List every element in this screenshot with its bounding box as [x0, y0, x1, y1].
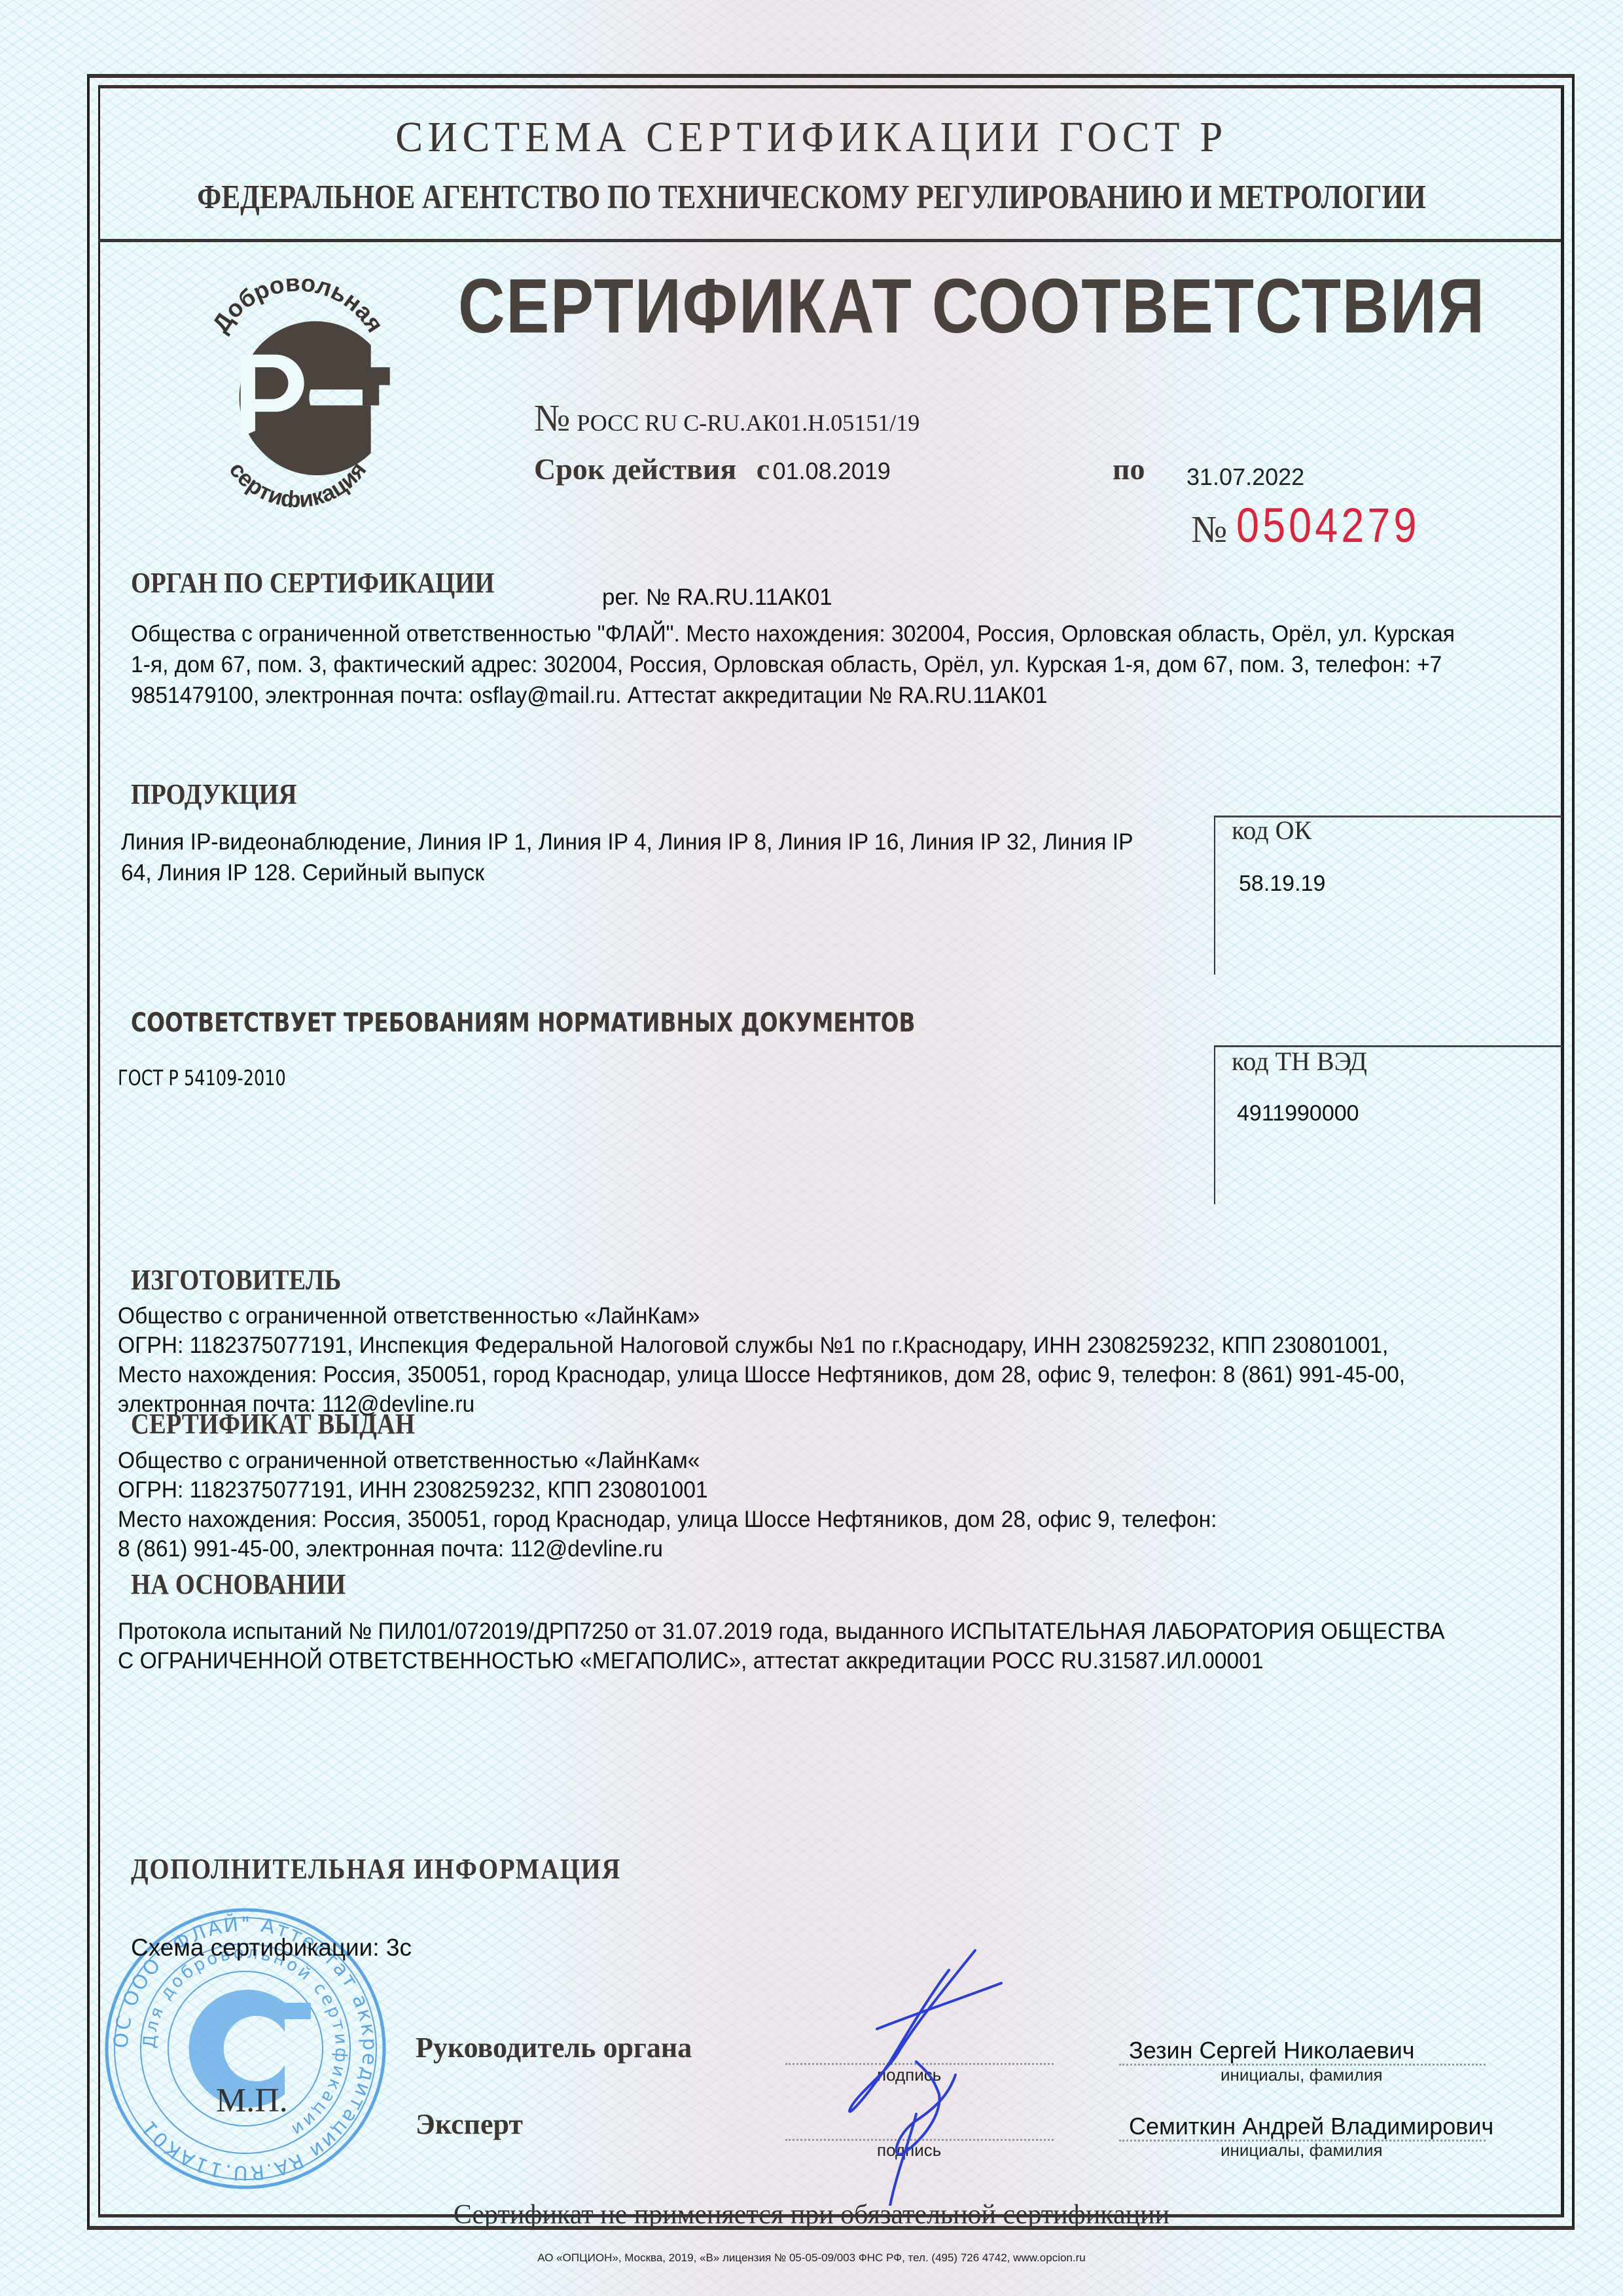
- issued-to-line: ОГРН: 1182375077191, ИНН 2308259232, КПП…: [118, 1475, 708, 1505]
- certification-scheme: Схема сертификации: 3с: [131, 1934, 412, 1962]
- system-title: СИСТЕМА СЕРТИФИКАЦИИ ГОСТ Р: [41, 113, 1582, 162]
- blank-number: 0504279: [1236, 497, 1420, 553]
- validity-row: Срок действия с 01.08.2019: [534, 452, 891, 486]
- seal-label: М.П.: [216, 2081, 288, 2120]
- basis-heading: НА ОСНОВАНИИ: [131, 1568, 346, 1601]
- manufacturer-name: Общество с ограниченной ответственностью…: [118, 1301, 1450, 1331]
- code-ok-box: код ОК 58.19.19: [1214, 816, 1562, 975]
- rst-logo-icon: Добровольная сертификация: [190, 278, 406, 507]
- issued-to-line: 8 (861) 991-45-00, электронная почта: 11…: [118, 1534, 663, 1564]
- code-ok-label: код ОК: [1232, 815, 1311, 846]
- header-divider: [98, 239, 1561, 242]
- issued-to-line: Общество с ограниченной ответственностью…: [118, 1445, 700, 1476]
- from-label: с: [757, 452, 770, 486]
- certificate-number: РОСС RU С-RU.АК01.Н.05151/19: [577, 410, 919, 436]
- conformity-heading: СООТВЕТСТВУЕТ ТРЕБОВАНИЯМ НОРМАТИВНЫХ ДО…: [131, 1008, 916, 1038]
- product-heading: ПРОДУКЦИЯ: [131, 778, 297, 811]
- number-sign: №: [534, 397, 570, 439]
- expert-name-caption: инициалы, фамилия: [1221, 2140, 1383, 2161]
- basis-text: Протокола испытаний № ПИЛ01/072019/ДРП72…: [118, 1617, 1450, 1676]
- validity-label: Срок действия: [534, 452, 736, 486]
- certification-body-text: Общества с ограниченной ответственностью…: [131, 619, 1475, 711]
- printer-info: АО «ОПЦИОН», Москва, 2019, «В» лицензия …: [0, 2251, 1623, 2265]
- head-name-caption: инициалы, фамилия: [1221, 2065, 1383, 2085]
- code-tnved-box: код ТН ВЭД 4911990000: [1214, 1045, 1562, 1204]
- head-name: Зезин Сергей Николаевич: [1129, 2037, 1415, 2064]
- signature-icon: [818, 1944, 1014, 2206]
- head-label: Руководитель органа: [416, 2031, 692, 2064]
- to-label: по: [1113, 452, 1145, 486]
- standard: ГОСТ Р 54109-2010: [118, 1066, 286, 1090]
- certification-body-heading: ОРГАН ПО СЕРТИФИКАЦИИ: [131, 566, 494, 600]
- footer-note: Сертификат не применяется при обязательн…: [0, 2199, 1623, 2231]
- expert-label: Эксперт: [416, 2108, 523, 2141]
- manufacturer-heading: ИЗГОТОВИТЕЛЬ: [131, 1263, 341, 1297]
- code-ok-value: 58.19.19: [1239, 871, 1325, 897]
- additional-info-heading: ДОПОЛНИТЕЛЬНАЯ ИНФОРМАЦИЯ: [131, 1852, 621, 1886]
- expert-name: Семиткин Андрей Владимирович: [1129, 2113, 1493, 2140]
- number-sign: №: [1191, 508, 1227, 550]
- valid-from: 01.08.2019: [773, 457, 891, 484]
- certificate-number-row: №РОСС RU С-RU.АК01.Н.05151/19: [534, 396, 919, 440]
- issued-to-line: Место нахождения: Россия, 350051, город …: [118, 1504, 1217, 1535]
- document-title: СЕРТИФИКАТ СООТВЕТСТВИЯ: [458, 262, 1486, 351]
- issued-to-heading: СЕРТИФИКАТ ВЫДАН: [131, 1407, 415, 1441]
- code-tnved-label: код ТН ВЭД: [1232, 1046, 1367, 1077]
- certification-body-reg: рег. № RA.RU.11АК01: [602, 584, 832, 611]
- manufacturer-details: ОГРН: 1182375077191, Инспекция Федеральн…: [118, 1331, 1450, 1419]
- agency-title: ФЕДЕРАЛЬНОЕ АГЕНТСТВО ПО ТЕХНИЧЕСКОМУ РЕ…: [138, 178, 1485, 217]
- product-text: Линия IP-видеонаблюдение, Линия IP 1, Ли…: [121, 827, 1164, 888]
- blank-number-row: №0504279: [1191, 497, 1452, 553]
- valid-to: 31.07.2022: [1186, 463, 1304, 491]
- code-tnved-value: 4911990000: [1237, 1101, 1359, 1126]
